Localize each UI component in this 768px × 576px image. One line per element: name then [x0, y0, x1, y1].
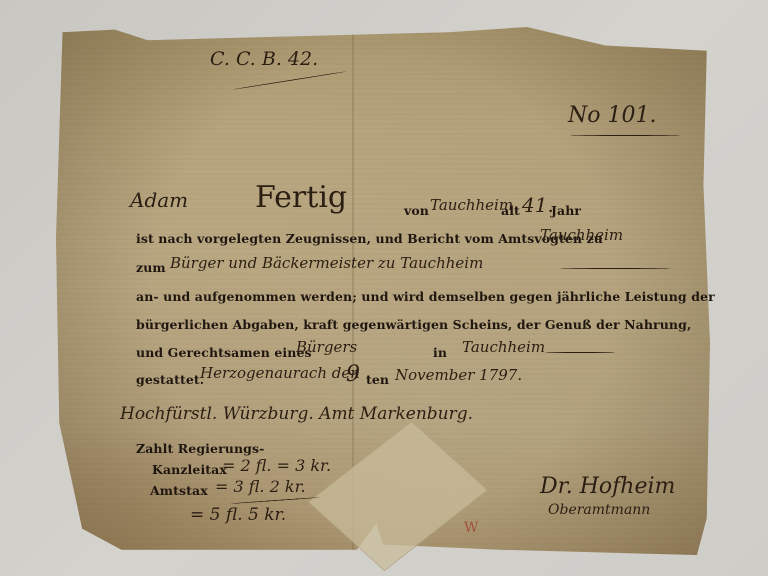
fees-heading: Zahlt Regierungs- [136, 441, 264, 456]
fee-label-kanzleitax: Kanzleitax [152, 462, 227, 477]
text-line-5: bürgerlichen Abgaben, kraft gegenwärtige… [136, 317, 691, 332]
ten-label: ten [366, 372, 389, 387]
holder-first-name: Adam [130, 188, 188, 212]
fee-value-kanzleitax: = 2 fl. = 3 kr. [222, 456, 331, 475]
holder-last-name: Fertig [255, 180, 347, 215]
text-line-4: an- und aufgenommen werden; und wird dem… [136, 289, 715, 304]
issue-month-year: November 1797. [395, 366, 522, 384]
text-line-2: ist nach vorgelegten Zeugnissen, und Ber… [136, 231, 603, 246]
stamp-mark: W [464, 520, 478, 536]
holder-role: Bürger und Bäckermeister zu Tauchheim [170, 254, 483, 272]
jahr-label: Jahr [551, 203, 581, 218]
alt-label: alt [501, 203, 520, 218]
role-flourish [560, 268, 670, 269]
text-line-6: und Gerechtsamen eines [136, 345, 312, 360]
issue-place: Herzogenaurach den [200, 364, 360, 382]
reference-number: C. C. B. 42. [210, 48, 318, 70]
issuing-authority: Hochfürstl. Würzburg. Amt Markenburg. [120, 404, 473, 424]
zum-label: zum [136, 260, 166, 275]
fee-value-amtstax: = 3 fl. 2 kr. [215, 477, 306, 496]
document-number: No 101. [568, 103, 656, 128]
holder-age: 41. [522, 193, 554, 217]
issue-day: 9 [346, 362, 360, 387]
signature-title: Oberamtmann [548, 502, 650, 518]
gestattet-label: gestattet. [136, 372, 204, 387]
number-flourish [570, 135, 680, 136]
rights-place: Tauchheim [462, 338, 545, 356]
amtsvogt-place: Tauchheim [540, 226, 623, 244]
rights-role: Bürgers [296, 338, 357, 356]
fee-total: = 5 fl. 5 kr. [190, 505, 286, 525]
place-flourish [545, 352, 615, 353]
fee-label-amtstax: Amtstax [150, 483, 208, 498]
signature-name: Dr. Hofheim [540, 474, 675, 499]
in-label: in [433, 345, 447, 360]
von-label: von [404, 203, 429, 218]
